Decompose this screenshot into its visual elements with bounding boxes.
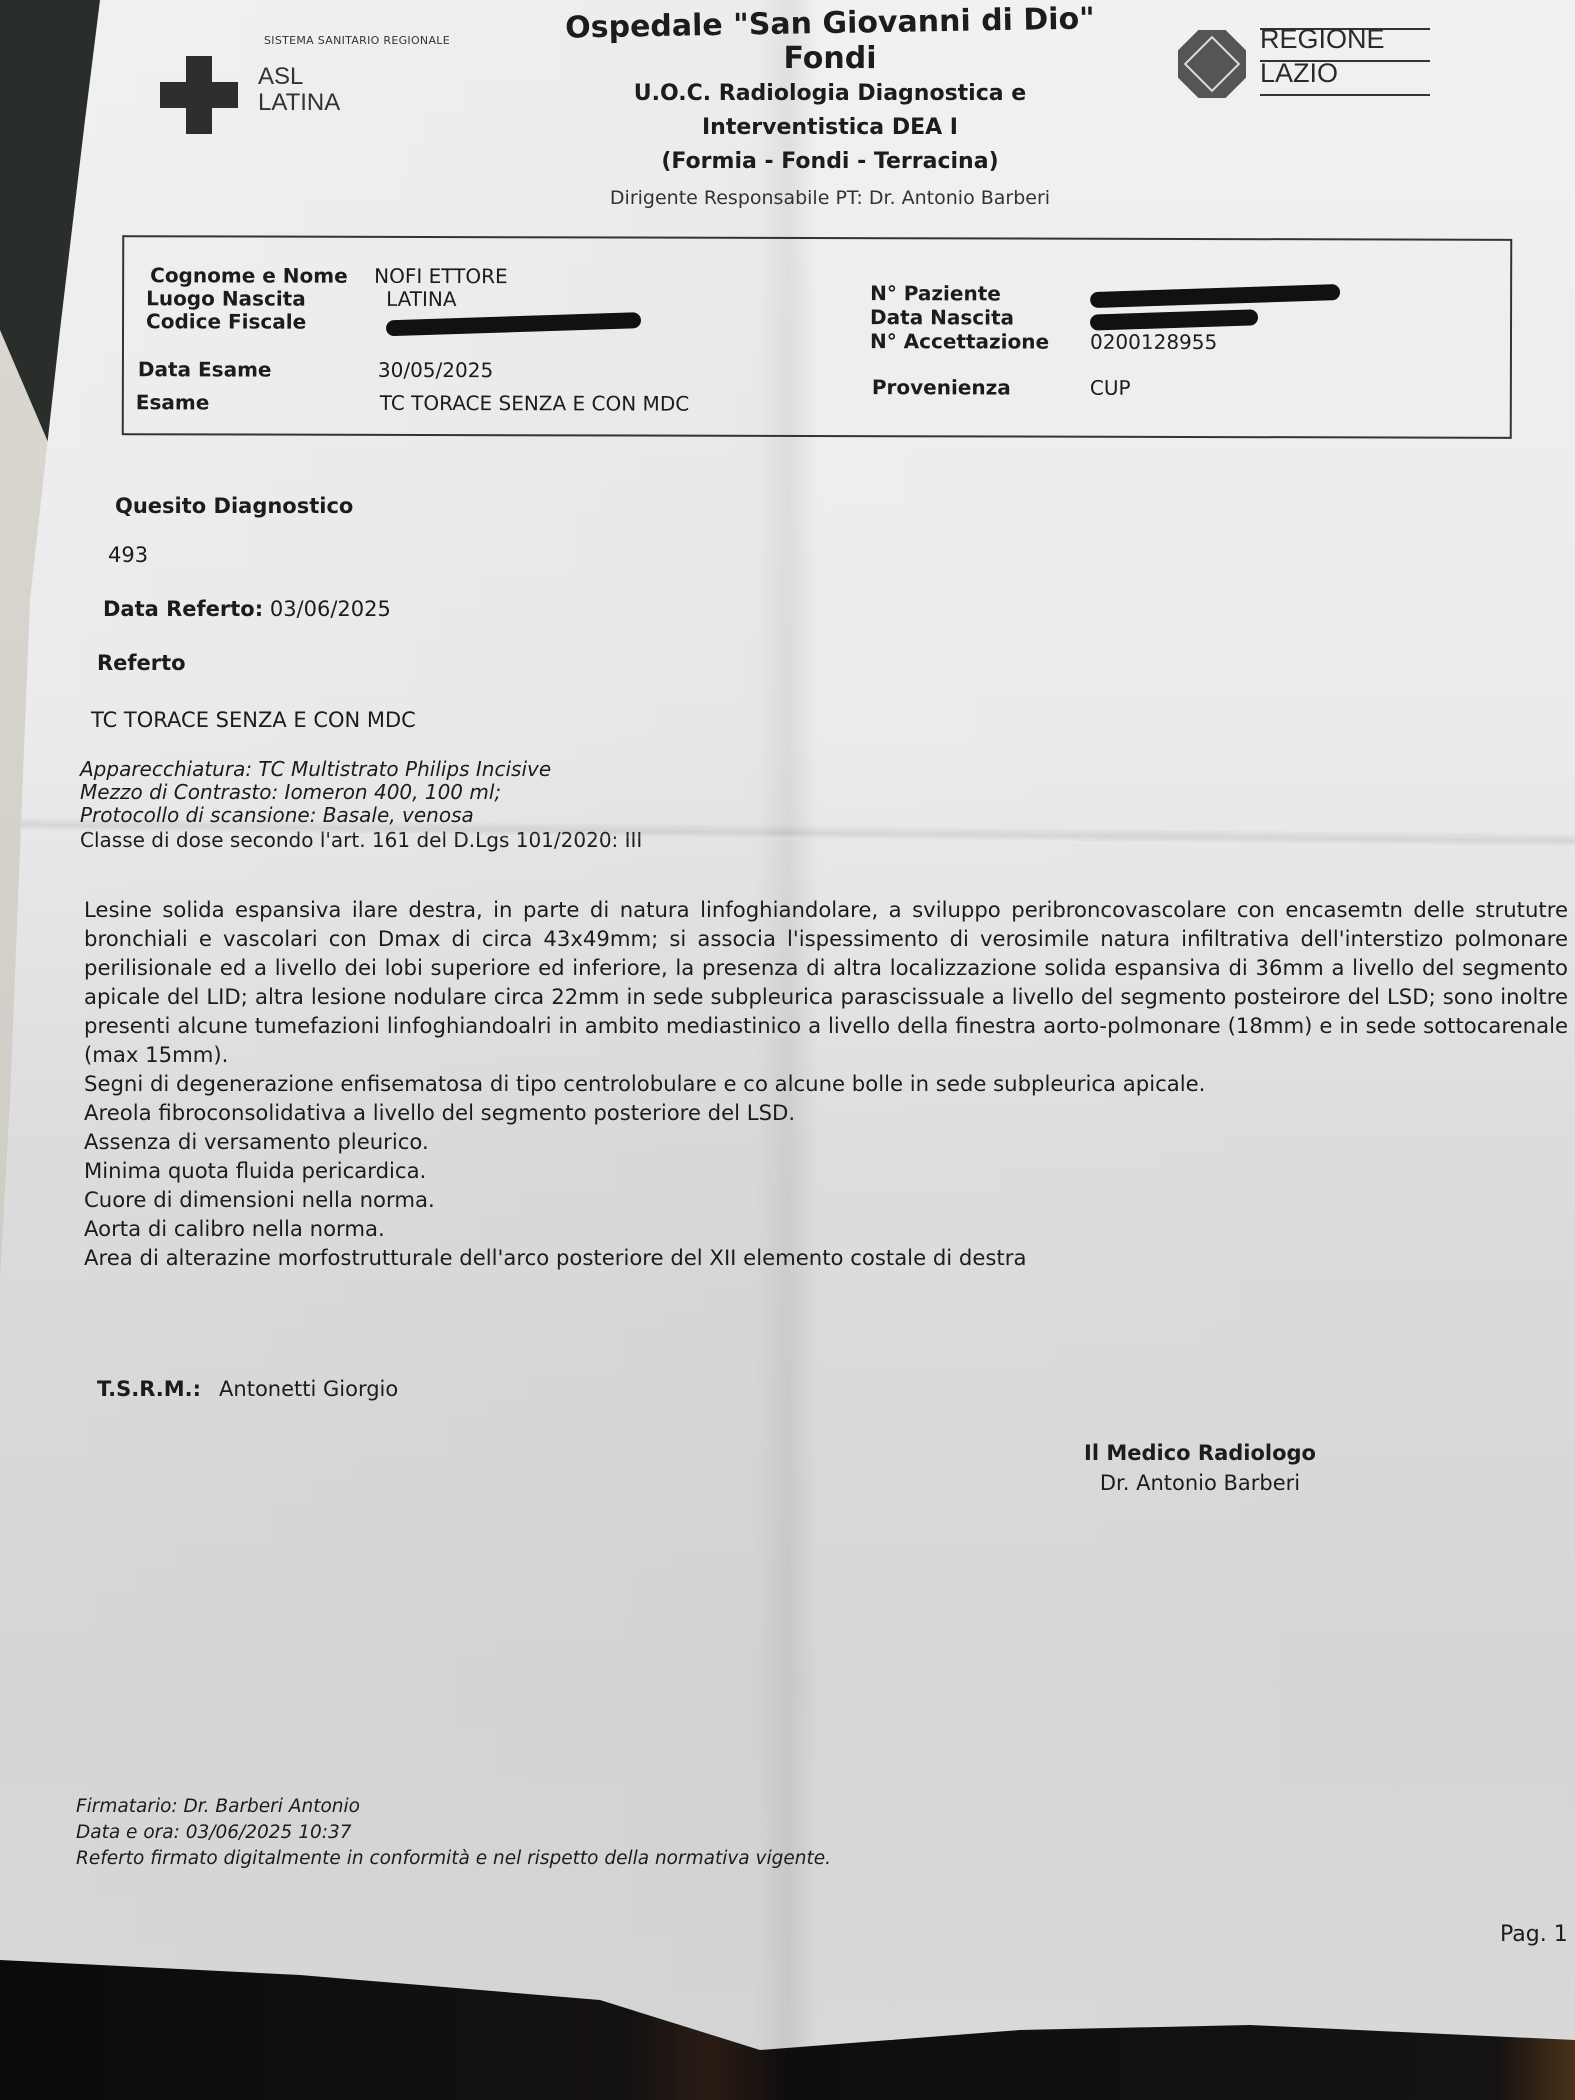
patient-no-row: N° Paziente [870, 281, 1340, 306]
acceptance-no-label: N° Accettazione [870, 329, 1090, 354]
tsrm-label: T.S.R.M.: [97, 1377, 201, 1401]
datetime-line: Data e ora: 03/06/2025 10:37 [76, 1820, 831, 1846]
hospital-city: Fondi [470, 42, 1190, 76]
acceptance-no-row: N° Accettazione0200128955 [870, 329, 1217, 354]
patient-name-label: Cognome e Nome [150, 263, 374, 288]
department-line-1: U.O.C. Radiologia Diagnostica e [470, 78, 1190, 110]
finding-line: Assenza di versamento pleurico. [84, 1127, 1568, 1156]
exam-row: EsameTC TORACE SENZA E CON MDC [136, 382, 689, 415]
exam-label: Esame [136, 390, 380, 415]
finding-line: Segni di degenerazione enfisematosa di t… [84, 1069, 1568, 1098]
finding-line: Area di alterazine morfostrutturale dell… [84, 1243, 1568, 1272]
ssr-label: SISTEMA SANITARIO REGIONALE [264, 34, 450, 47]
origin-row: ProvenienzaCUP [872, 375, 1131, 400]
radiologist-signature: Il Medico Radiologo Dr. Antonio Barberi [1040, 1438, 1360, 1498]
patient-name-row: Cognome e NomeNOFI ETTORE [150, 263, 508, 288]
regione-lazio-logo: REGIONE LAZIO [1178, 22, 1468, 102]
report-date-label: Data Referto: [103, 597, 263, 621]
region-line-1: REGIONE [1260, 22, 1385, 56]
asl-line-1: ASL [258, 64, 340, 90]
finding-line: Minima quota fluida pericardica. [84, 1156, 1568, 1185]
birthdate-label: Data Nascita [870, 305, 1090, 330]
signer-line: Firmatario: Dr. Barberi Antonio [76, 1794, 831, 1820]
logo-line [1260, 94, 1430, 96]
department-line-2: Interventistica DEA I [470, 112, 1190, 144]
page-number: Pag. 1 [1500, 1922, 1568, 1947]
diagnostic-question-label: Quesito Diagnostico [115, 494, 353, 518]
finding-line: Aorta di calibro nella norma. [84, 1214, 1568, 1243]
origin-value: CUP [1090, 376, 1131, 400]
digital-signature-block: Firmatario: Dr. Barberi Antonio Data e o… [76, 1794, 831, 1872]
radiologist-name: Dr. Antonio Barberi [1040, 1468, 1360, 1498]
finding-line: Areola fibroconsolidativa a livello del … [84, 1098, 1568, 1127]
birthdate-redaction [1090, 309, 1258, 330]
tsrm-value: Antonetti Giorgio [219, 1377, 398, 1401]
dose-class-line: Classe di dose secondo l'art. 161 del D.… [80, 829, 642, 852]
patient-no-redaction [1090, 284, 1340, 308]
tsrm-line: T.S.R.M.:Antonetti Giorgio [97, 1377, 398, 1401]
patient-info-box: Cognome e NomeNOFI ETTORE Luogo NascitaL… [122, 235, 1513, 439]
report-label: Referto [97, 651, 186, 675]
fiscal-code-label: Codice Fiscale [146, 309, 386, 334]
fiscal-code-row: Codice Fiscale [146, 309, 641, 334]
patient-name-value: NOFI ETTORE [374, 264, 508, 288]
report-date-value: 03/06/2025 [270, 597, 391, 621]
acceptance-no-value: 0200128955 [1090, 330, 1217, 354]
equipment-line: Apparecchiatura: TC Multistrato Philips … [80, 758, 642, 781]
diagnostic-question-value: 493 [108, 543, 148, 567]
contrast-line: Mezzo di Contrasto: Iomeron 400, 100 ml; [80, 781, 642, 804]
asl-name: ASL LATINA [258, 64, 340, 116]
radiologist-title: Il Medico Radiologo [1040, 1438, 1360, 1468]
report-document: SISTEMA SANITARIO REGIONALE ASL LATINA O… [0, 0, 1575, 2100]
finding-line: Cuore di dimensioni nella norma. [84, 1185, 1568, 1214]
department-line-3: (Formia - Fondi - Terracina) [470, 146, 1190, 178]
cross-icon [160, 56, 238, 134]
regione-lazio-text: REGIONE LAZIO [1260, 22, 1385, 90]
exam-value: TC TORACE SENZA E CON MDC [380, 391, 689, 416]
fiscal-code-redaction [386, 312, 641, 336]
hospital-header: Ospedale "San Giovanni di Dio" Fondi U.O… [470, 6, 1190, 212]
origin-label: Provenienza [872, 375, 1090, 400]
birthplace-row: Luogo NascitaLATINA [146, 286, 457, 311]
protocol-line: Protocollo di scansione: Basale, venosa [80, 804, 642, 827]
report-exam-title: TC TORACE SENZA E CON MDC [91, 708, 416, 732]
asl-line-2: LATINA [258, 90, 340, 116]
disclaimer-line: Referto firmato digitalmente in conformi… [76, 1846, 831, 1872]
regione-lazio-emblem-icon [1178, 30, 1246, 98]
technical-details: Apparecchiatura: TC Multistrato Philips … [80, 758, 642, 852]
region-line-2: LAZIO [1260, 56, 1385, 90]
findings-paragraph: Lesine solida espansiva ilare destra, in… [84, 895, 1568, 1069]
exam-date-value: 30/05/2025 [378, 358, 493, 382]
birthdate-row: Data Nascita [870, 305, 1258, 330]
birthplace-label: Luogo Nascita [146, 286, 386, 311]
exam-date-label: Data Esame [138, 357, 378, 382]
findings-section: Lesine solida espansiva ilare destra, in… [84, 895, 1568, 1272]
birthplace-value: LATINA [386, 287, 457, 311]
exam-date-row: Data Esame30/05/2025 [138, 357, 493, 382]
report-date: Data Referto: 03/06/2025 [103, 597, 391, 621]
director-line: Dirigente Responsabile PT: Dr. Antonio B… [470, 184, 1190, 212]
patient-no-label: N° Paziente [870, 281, 1090, 306]
